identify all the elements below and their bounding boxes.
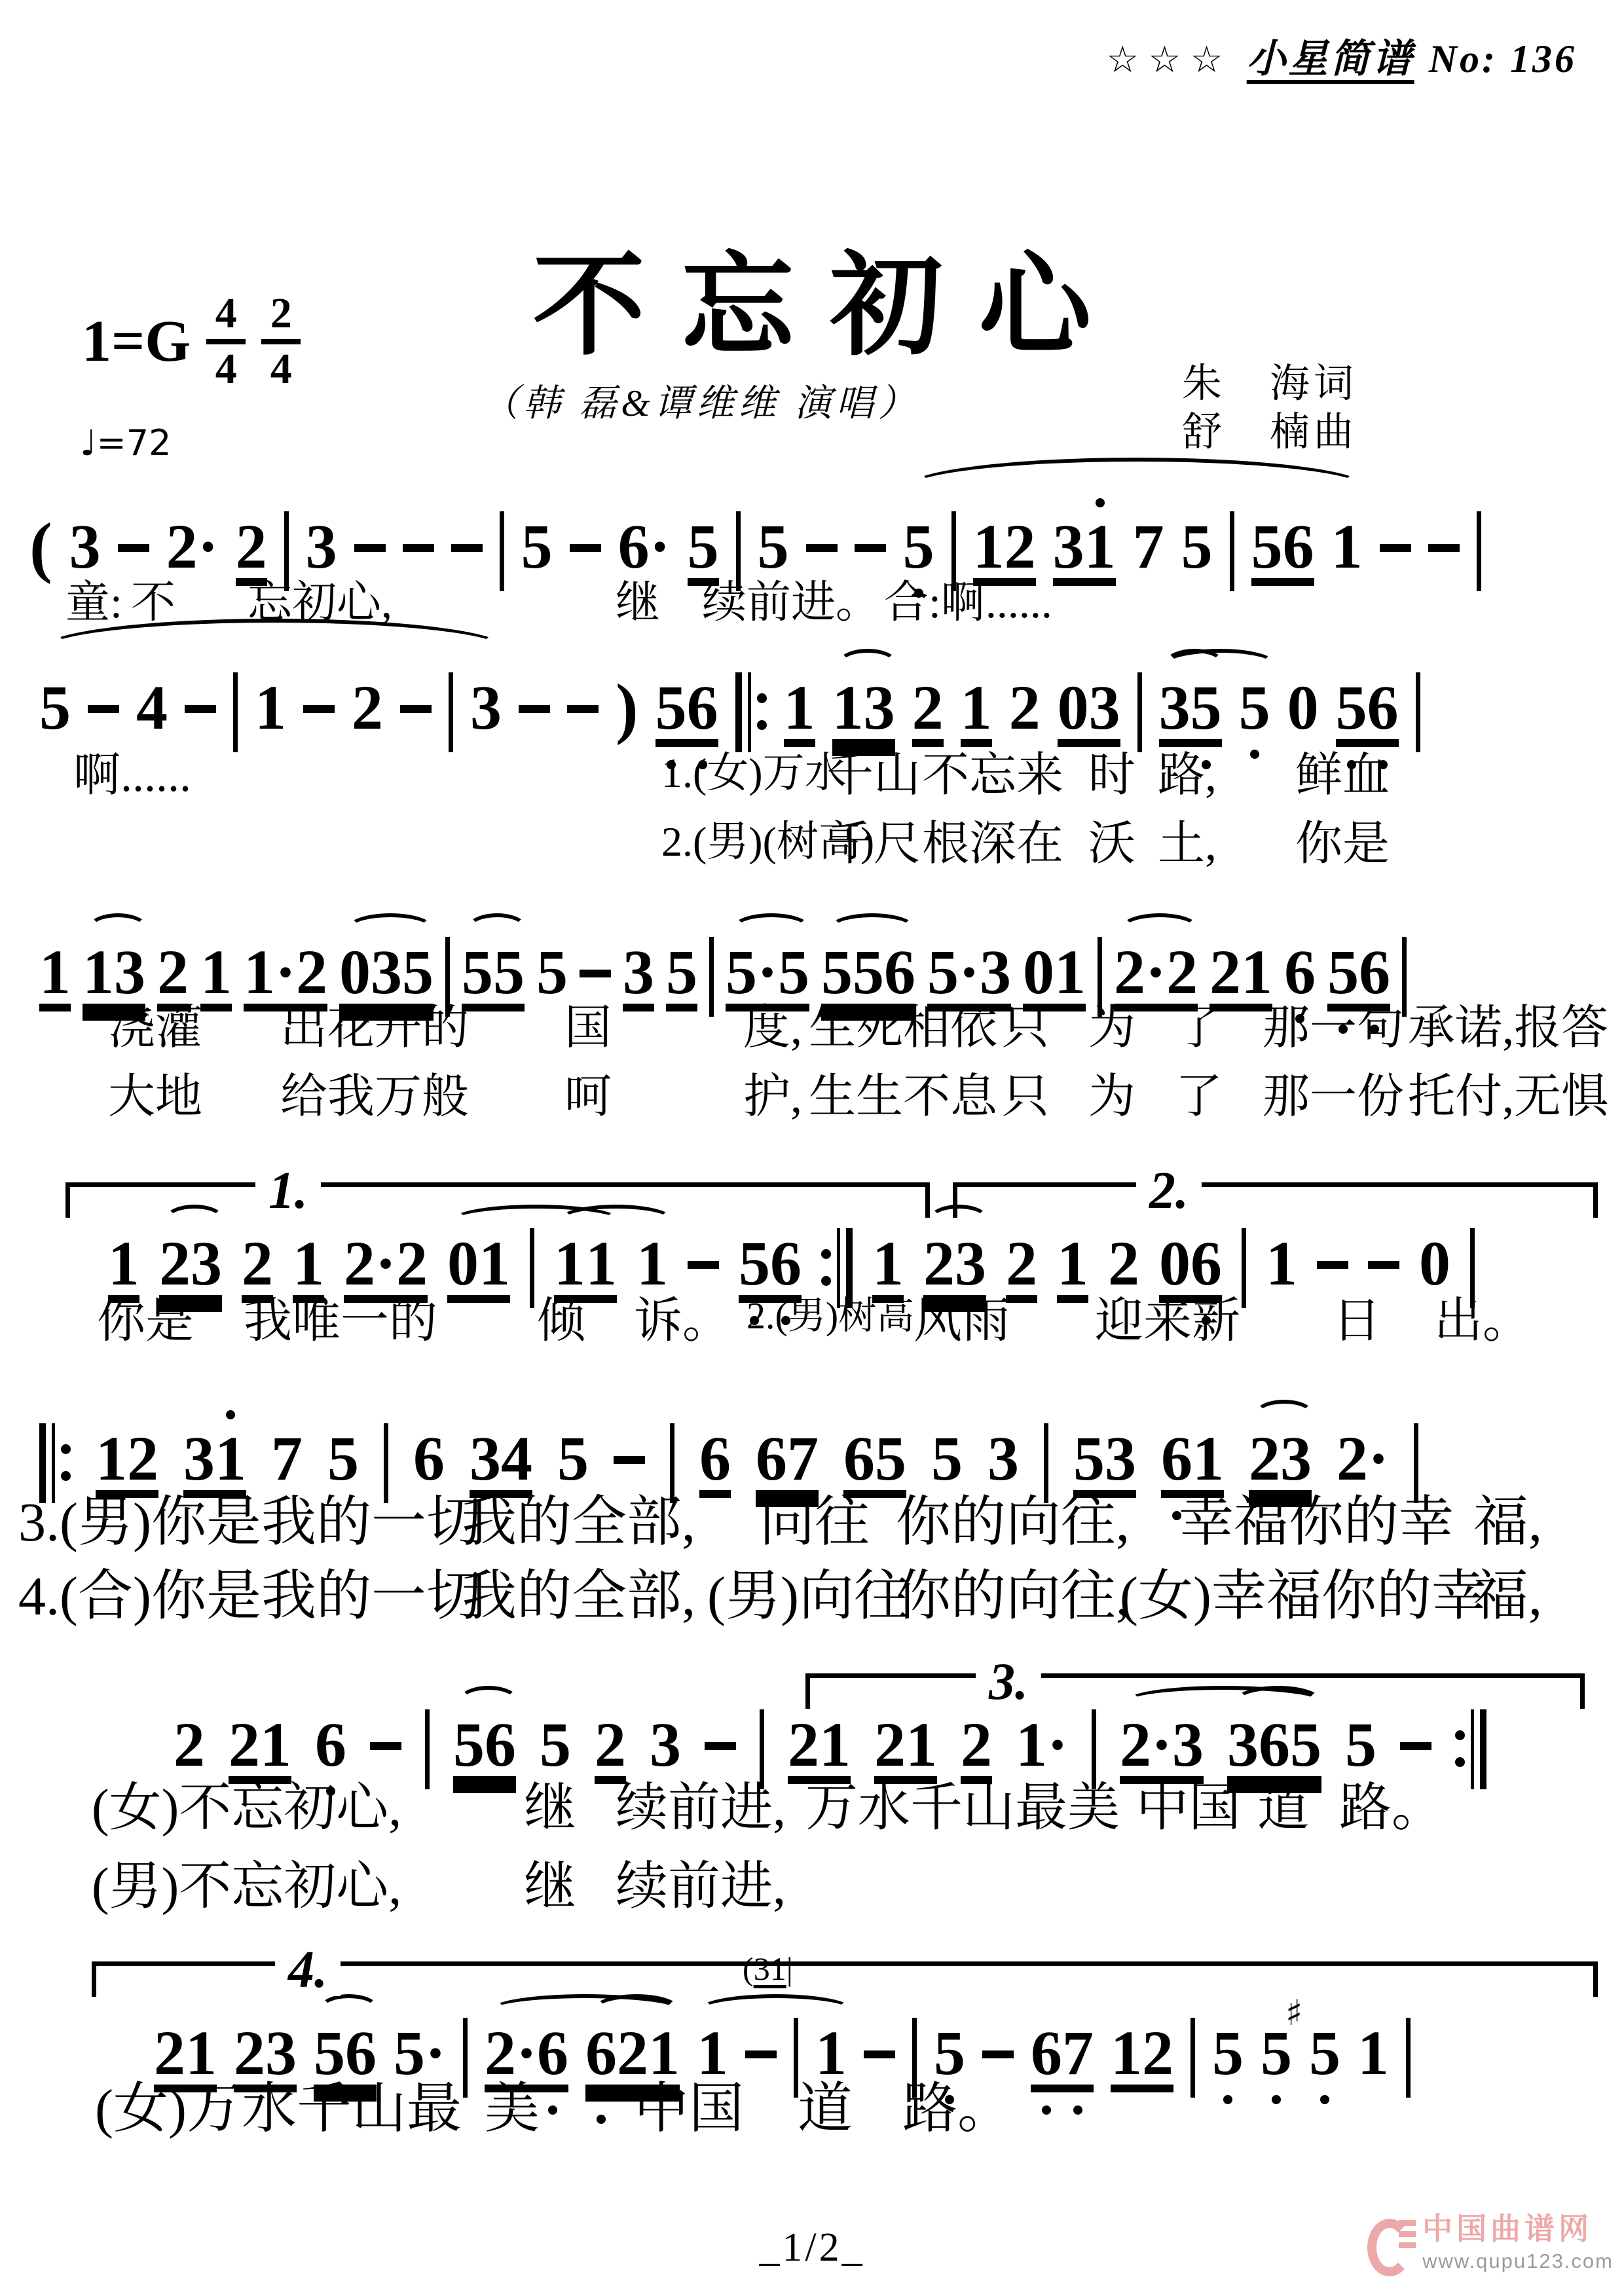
note-group: 61	[1161, 1427, 1224, 1490]
lyric-segment: 时	[1088, 751, 1135, 801]
note-digit: 3	[987, 1427, 1019, 1490]
note-digit: 2	[229, 1713, 260, 1776]
note-digit: 1	[973, 515, 1005, 578]
note-digit: 2	[1006, 1232, 1037, 1295]
note-group: 6	[315, 1713, 346, 1776]
note-digit: 5	[821, 941, 853, 1004]
note-digit: 6	[1259, 1713, 1290, 1776]
lyric-segment: 我的全部,	[462, 1568, 695, 1626]
lyric-segment: (女)万水千山最	[95, 2081, 462, 2138]
note-digit: 2	[595, 1713, 626, 1776]
note-digit: 7	[271, 1427, 303, 1490]
note-digit: 2	[1166, 941, 1198, 1004]
lyric-segment: 4.(合)你是我的一切	[18, 1568, 481, 1626]
note-digit: 2	[127, 1427, 158, 1490]
lyric-segment: 继	[616, 579, 660, 626]
lyric-segment: 千尺	[826, 820, 921, 869]
note-digit: 5	[540, 1713, 571, 1776]
lyric-segment: 3.(男)你是我的一切	[18, 1494, 481, 1552]
barline	[463, 2018, 468, 2098]
note-group: 2	[352, 676, 383, 739]
barline	[1414, 1423, 1418, 1503]
lyric-segment: 只	[1002, 1004, 1049, 1053]
note-group: 1	[697, 2022, 728, 2085]
note-digit: 1	[554, 1232, 585, 1295]
note-digit: 3	[306, 515, 337, 578]
note-digit: 1	[260, 1713, 291, 1776]
note-digit: 5	[462, 941, 493, 1004]
duration-dash	[519, 705, 550, 713]
lyric-segment: 续前进。	[702, 579, 880, 626]
barline	[1230, 511, 1234, 591]
note-digit: 2	[1209, 941, 1241, 1004]
note-group: 2	[595, 1713, 626, 1776]
note-digit: 5	[758, 515, 789, 578]
note-digit: 0	[339, 941, 371, 1004]
note-digit: 2	[157, 941, 189, 1004]
note-digit: 6	[1367, 676, 1399, 739]
lyric-segment: 不	[131, 579, 175, 626]
note-digit: 5	[934, 2022, 965, 2085]
note-digit: 6	[1031, 2022, 1062, 2085]
lyric-segment: 1.(女)万水	[661, 751, 847, 795]
note-digit: 3	[955, 1232, 986, 1295]
note-group: 1	[255, 676, 286, 739]
octave-dot-low	[1223, 2095, 1232, 2104]
note-group: 2	[1108, 1232, 1139, 1295]
note-digit: 6	[413, 1427, 445, 1490]
note-digit: 6	[315, 1713, 346, 1776]
note-digit: 2	[788, 1713, 819, 1776]
note-digit: 6	[843, 1427, 875, 1490]
note-digit: 2	[352, 676, 383, 739]
note-group: 3	[987, 1427, 1019, 1490]
duration-dash	[570, 544, 601, 552]
note-group: 1	[293, 1232, 324, 1295]
note-group: 1	[637, 1232, 668, 1295]
note-digit: 1	[906, 1713, 937, 1776]
note-group: 01	[447, 1232, 510, 1295]
note-digit: 6	[537, 2022, 568, 2085]
duration-dash	[370, 1742, 401, 1750]
duration-dash	[580, 970, 611, 977]
note-digit: 1	[872, 1232, 904, 1295]
note-group: 5♯	[1309, 2022, 1340, 2085]
duration-dash	[1368, 1261, 1399, 1269]
note-digit: 5	[453, 1713, 485, 1776]
octave-dot-low	[1073, 2105, 1082, 2115]
slur-tie	[347, 913, 434, 943]
note-group: 23	[1249, 1427, 1312, 1490]
note-digit: 1	[1111, 2022, 1142, 2085]
note-group: 5	[557, 1427, 589, 1490]
note-group: 2·6	[485, 2022, 568, 2085]
note-group: 556	[821, 941, 915, 1004]
lyric-segment: 你是	[1295, 820, 1390, 869]
barline	[233, 672, 238, 752]
note-group: 2	[242, 1232, 273, 1295]
note-group: 1·2	[244, 941, 327, 1004]
duration-dash	[88, 705, 119, 713]
lyric-segment: 继	[524, 1859, 576, 1914]
duration-dash	[1317, 1261, 1348, 1269]
music-notation-area: (32·2356·555123175561童:不忘初心,继续前进。合:啊....…	[0, 0, 1624, 2296]
watermark-site-name: 中国曲谱网	[1422, 2205, 1593, 2248]
note-digit: 5	[655, 676, 687, 739]
note-digit: 3	[1053, 515, 1084, 578]
note-group: 5	[327, 1427, 359, 1490]
lyric-segment: 为	[1088, 1072, 1135, 1122]
note-group: 5	[1239, 676, 1270, 739]
lyric-segment: 万水千山最美	[805, 1781, 1120, 1836]
note-digit: 6	[1283, 515, 1314, 578]
barline	[425, 1709, 430, 1789]
lyric-segment: 生死相依	[809, 1004, 997, 1053]
note-group: 2	[912, 676, 944, 739]
note-digit: 2	[912, 676, 944, 739]
note-digit: 6	[699, 1427, 731, 1490]
note-digit: 2	[174, 1713, 205, 1776]
note-digit: 4	[136, 676, 168, 739]
note-group: 035	[339, 941, 434, 1004]
note-digit: 2	[961, 1713, 992, 1776]
note-digit: 2	[234, 2022, 265, 2085]
barline	[1406, 2018, 1411, 2098]
note-group: 5	[540, 1713, 571, 1776]
qupu-logo-icon	[1367, 2211, 1416, 2267]
volta-label: 3.	[976, 1656, 1041, 1708]
note-digit: 2	[1005, 515, 1036, 578]
note-group: 56	[1336, 676, 1399, 739]
note-digit: 4	[501, 1427, 532, 1490]
note-digit: 6	[485, 1713, 516, 1776]
lyric-segment: 童:	[65, 579, 122, 626]
note-digit: 5	[688, 515, 719, 578]
note-group: 6·	[618, 515, 671, 578]
sharp-icon: ♯	[1285, 1995, 1302, 2031]
lyric-segment: 迎来新	[1095, 1296, 1240, 1347]
note-group: 3	[306, 515, 337, 578]
lyric-segment: 倾	[537, 1296, 585, 1347]
note-group: 21	[229, 1713, 291, 1776]
volta-bracket-1: 1.	[65, 1182, 930, 1220]
slur-tie	[458, 1686, 519, 1716]
note-digit: 5	[327, 1427, 359, 1490]
note-digit: 6	[884, 941, 915, 1004]
note-group: 2	[236, 515, 267, 578]
note-digit: 3	[864, 676, 895, 739]
barline	[1044, 1423, 1048, 1503]
note-group: 1	[1331, 515, 1363, 578]
note-digit: 2	[1249, 1427, 1280, 1490]
lyric-segment: 浇灌	[108, 1004, 202, 1053]
note-digit: 0	[447, 1232, 479, 1295]
duration-dash	[855, 544, 886, 552]
note-group: 2	[174, 1713, 205, 1776]
octave-dot-low	[1320, 2095, 1329, 2104]
sheet-music-page: ☆☆☆ 小星简谱 No: 136 不忘初心 1=G 44 24 ♩=72 （韩 …	[0, 0, 1624, 2296]
octave-dot-low	[1250, 750, 1259, 759]
note-group: 12	[973, 515, 1036, 578]
note-group: 1	[1266, 1232, 1297, 1295]
note-digit: 6	[345, 2022, 377, 2085]
note-digit: 3	[1105, 1427, 1136, 1490]
note-group: 621	[585, 2022, 680, 2085]
note-digit: 2	[923, 1232, 955, 1295]
lyric-segment: (女)幸福你的幸	[1120, 1568, 1486, 1626]
lyric-segment: 福,	[1473, 1494, 1542, 1552]
note-digit: 6	[770, 1232, 802, 1295]
note-digit: 5	[1327, 941, 1359, 1004]
note-digit: 1·	[244, 941, 296, 1004]
barline	[1137, 672, 1142, 752]
note-group: 53	[1073, 1427, 1136, 1490]
note-digit: 1	[1054, 941, 1086, 1004]
barline	[500, 511, 504, 591]
note-digit: 2	[1142, 2022, 1173, 2085]
note-digit: 2·	[166, 515, 219, 578]
barline	[1242, 1228, 1246, 1308]
octave-dot-low	[1272, 2095, 1281, 2104]
note-digit: 2	[154, 2022, 185, 2085]
note-digit: 1	[1241, 941, 1272, 1004]
note-digit: 2	[1009, 676, 1041, 739]
note-group: 0	[1287, 676, 1319, 739]
note-digit: 5·	[394, 2022, 446, 2085]
duration-dash	[567, 705, 599, 713]
slur-tie	[88, 913, 149, 943]
duration-dash	[185, 705, 216, 713]
note-group: 23	[159, 1232, 222, 1295]
note-digit: 3	[623, 941, 654, 1004]
note-digit: 0	[1419, 1232, 1450, 1295]
note-group: 12	[1111, 2022, 1173, 2085]
note-group: 1	[200, 941, 232, 1004]
note-group: 1	[108, 1232, 139, 1295]
repeat-end	[1455, 1713, 1486, 1789]
note-group: 5	[666, 941, 697, 1004]
note-group: 0	[1419, 1232, 1450, 1295]
duration-dash	[982, 2050, 1014, 2058]
lyric-segment: 啊......	[73, 751, 191, 801]
note-group: 06	[1159, 1232, 1222, 1295]
lyric-segment: 日	[1333, 1296, 1381, 1347]
lyric-segment: 你的向往,	[896, 1494, 1130, 1552]
note-digit: 3	[69, 515, 101, 578]
note-group: 5	[1212, 2022, 1244, 2085]
lyric-segment: 沃	[1088, 820, 1135, 869]
note-group: 5	[931, 1427, 963, 1490]
lyric-segment: (女)不忘初心,	[92, 1781, 401, 1836]
lyric-segment: 风雨	[913, 1296, 1010, 1347]
barline	[530, 1228, 534, 1308]
barline	[384, 1423, 388, 1503]
lyric-segment: 生生不息	[809, 1072, 997, 1122]
note-digit: 7	[1133, 515, 1164, 578]
note-group: 21	[788, 1713, 851, 1776]
octave-dot-low	[1042, 2105, 1051, 2115]
note-digit: 3	[1159, 676, 1190, 739]
parenthesis: )	[616, 676, 638, 741]
note-digit: 1	[479, 1232, 510, 1295]
note-group: 6	[413, 1427, 445, 1490]
lyric-segment: 幸福你的幸	[1179, 1494, 1454, 1552]
duration-dash	[745, 2050, 777, 2058]
lyric-segment: 国	[564, 1004, 612, 1053]
slur-tie	[829, 913, 916, 943]
note-digit: 3	[183, 1427, 215, 1490]
note-digit: 1	[784, 676, 815, 739]
lyric-segment: 不忘来	[922, 751, 1063, 801]
note-digit: 5	[1290, 1713, 1321, 1776]
note-digit: 1	[108, 1232, 139, 1295]
note-digit: 2	[296, 941, 327, 1004]
note-group: 3	[69, 515, 101, 578]
note-group: 21	[1209, 941, 1272, 1004]
note-digit: 3	[650, 1713, 681, 1776]
note-group: 65	[843, 1427, 906, 1490]
note-digit: 0	[1287, 676, 1319, 739]
barline	[1416, 672, 1420, 752]
note-digit: 5	[903, 515, 934, 578]
volta-bracket-3: 3.	[805, 1673, 1585, 1711]
note-group: 5·	[394, 2022, 446, 2085]
notation-line-2: 54123)5611321203355056	[39, 676, 1420, 752]
lyric-segment: 承诺,报答	[1408, 1004, 1608, 1053]
lyric-segment: (男)不忘初心,	[92, 1859, 401, 1914]
note-digit: 5	[1336, 676, 1367, 739]
barline	[760, 1709, 764, 1789]
note-digit: 7	[1062, 2022, 1094, 2085]
slur-tie	[906, 458, 1368, 518]
note-digit: 1	[1357, 2022, 1389, 2085]
slur-tie	[1164, 649, 1276, 679]
note-group: 5	[536, 941, 568, 1004]
slur-tie	[732, 913, 811, 943]
lyric-segment: 我唯一的	[244, 1296, 437, 1347]
lyric-segment: 出花开的	[280, 1004, 469, 1053]
note-digit: 3	[470, 676, 502, 739]
octave-dot-low	[548, 2105, 557, 2115]
note-digit: 5	[931, 1427, 963, 1490]
note-group: 01	[1023, 941, 1086, 1004]
barline	[709, 937, 714, 1017]
repeat-begin	[735, 676, 767, 752]
note-digit: 6	[1284, 941, 1316, 1004]
note-digit: 1	[200, 941, 232, 1004]
note-digit: 2	[617, 2022, 648, 2085]
note-digit: 1	[961, 676, 992, 739]
note-digit: 1	[293, 1232, 324, 1295]
note-digit: 1	[697, 2022, 728, 2085]
note-digit: 5·	[927, 941, 980, 1004]
note-group: 11	[554, 1232, 617, 1295]
duration-dash	[864, 2050, 895, 2058]
note-group: 3	[623, 941, 654, 1004]
volta-bracket-2: 2.	[953, 1182, 1598, 1220]
note-group: 67	[756, 1427, 819, 1490]
note-group: 1	[872, 1232, 904, 1295]
note-digit: 1	[1331, 515, 1363, 578]
lyric-segment: 给我万般	[280, 1072, 469, 1122]
note-digit: 2	[159, 1232, 191, 1295]
note-group: 5	[758, 515, 789, 578]
note-digit: 1	[1084, 515, 1116, 578]
lyric-segment: 托付,无惧	[1408, 1072, 1608, 1122]
note-group: 5	[1181, 515, 1213, 578]
note-group: 56	[314, 2022, 377, 2085]
lyric-segment: 出。	[1434, 1296, 1531, 1347]
note-group: 56	[1251, 515, 1314, 578]
lyric-segment: 度,	[743, 1004, 802, 1053]
note-group: 2	[1009, 676, 1041, 739]
note-group: 1	[1057, 1232, 1088, 1295]
note-group: 5	[688, 515, 719, 578]
lyric-segment: 中国	[634, 2081, 744, 2138]
note-digit: 5	[875, 1427, 906, 1490]
note-digit: 3	[371, 941, 402, 1004]
note-group: 1	[1357, 2022, 1389, 2085]
note-digit: 3	[470, 1427, 501, 1490]
note-digit: 3	[980, 941, 1011, 1004]
note-digit: 1	[585, 1232, 617, 1295]
lyric-segment: 合:啊......	[884, 579, 1052, 626]
lyric-segment: 你是	[97, 1296, 194, 1347]
volta-label: 1.	[255, 1165, 321, 1217]
duration-dash	[806, 544, 838, 552]
note-group: 5	[903, 515, 934, 578]
lyric-segment: 2.(男)树高	[747, 1296, 914, 1336]
note-digit: 2	[236, 515, 267, 578]
note-group: 31	[183, 1427, 246, 1490]
note-group: 56	[655, 676, 718, 739]
octave-dot-high	[226, 1410, 235, 1419]
note-digit: 3	[114, 941, 145, 1004]
slur-tie	[1120, 913, 1199, 943]
note-digit: 1	[1057, 1232, 1088, 1295]
lyric-segment: 大地	[108, 1072, 202, 1122]
barline	[1477, 511, 1481, 591]
volta-label: 4.	[275, 1944, 341, 1996]
lyric-segment: 道	[1257, 1781, 1310, 1836]
lyric-segment: 只	[1002, 1072, 1049, 1122]
duration-dash	[688, 1261, 719, 1269]
note-group: 5	[934, 2022, 965, 2085]
note-group: 6	[1284, 941, 1316, 1004]
note-digit: 5	[778, 941, 809, 1004]
note-group: 1	[815, 2022, 847, 2085]
note-digit: 3	[1280, 1427, 1312, 1490]
duration-dash	[354, 544, 386, 552]
note-group: 1	[784, 676, 815, 739]
note-digit: 5	[1239, 676, 1270, 739]
note-digit: 3	[265, 2022, 297, 2085]
lyric-segment: 续前进,	[616, 1781, 786, 1836]
lyric-segment: 那一份	[1263, 1072, 1404, 1122]
note-group: 7	[1133, 515, 1164, 578]
note-digit: 5	[1345, 1713, 1376, 1776]
note-group: 1·	[1016, 1713, 1068, 1776]
note-digit: 5	[1181, 515, 1213, 578]
lyric-segment: 了	[1175, 1004, 1223, 1053]
duration-dash	[1380, 544, 1411, 552]
volta-bracket-4: 4.	[92, 1961, 1598, 1999]
note-digit: 5	[1251, 515, 1283, 578]
lyric-segment: 我的全部,	[462, 1494, 695, 1552]
slur-tie	[1254, 1400, 1315, 1430]
barline	[1092, 1709, 1096, 1789]
note-digit: 5	[314, 2022, 345, 2085]
